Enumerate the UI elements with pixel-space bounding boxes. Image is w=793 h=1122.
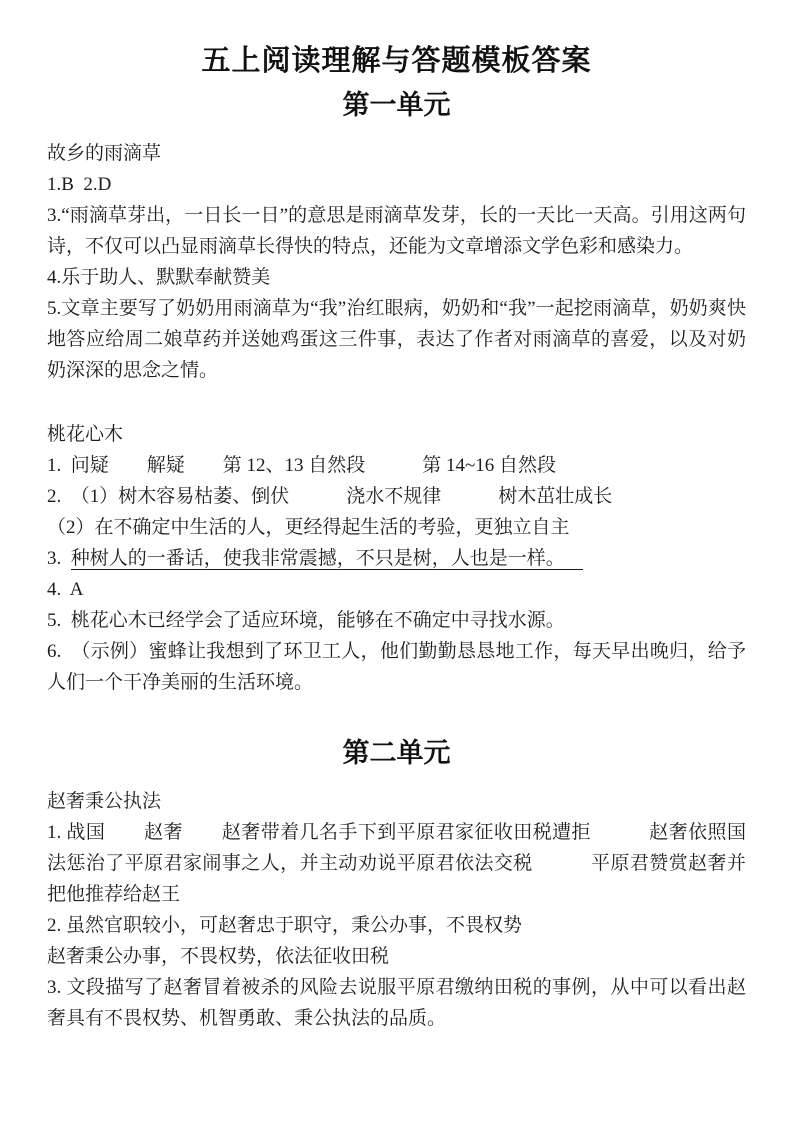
section-title-zhaoshe: 赵奢秉公执法 — [47, 786, 746, 817]
answer-line: 3. 文段描写了赵奢冒着被杀的风险去说服平原君缴纳田税的事例，从中可以看出赵奢具… — [47, 972, 746, 1034]
answer-line: 1.B 2.D — [47, 169, 746, 200]
section-title-guxiang-yudicao: 故乡的雨滴草 — [47, 138, 746, 169]
answer-line: 5. 桃花心木已经学会了适应环境，能够在不确定中寻找水源。 — [47, 605, 746, 636]
answer-line: 5.文章主要写了奶奶用雨滴草为“我”治红眼病，奶奶和“我”一起挖雨滴草，奶奶爽快… — [47, 293, 746, 386]
answer-line: 1. 战国 赵奢 赵奢带着几名手下到平原君家征收田税遭拒 赵奢依照国法惩治了平原… — [47, 817, 746, 910]
doc-title: 五上阅读理解与答题模板答案 — [47, 42, 746, 80]
answer-line: 6. （示例）蜜蜂让我想到了环卫工人，他们勤勤恳恳地工作，每天早出晚归，给予人们… — [47, 636, 746, 698]
section-title-taohuaxinmu: 桃花心木 — [47, 419, 746, 450]
answer-line: 4. A — [47, 574, 746, 605]
answer-line: 1. 问疑 解疑 第 12、13 自然段 第 14~16 自然段 — [47, 450, 746, 481]
answer-line: 赵奢秉公办事，不畏权势，依法征收田税 — [47, 941, 746, 972]
answer-line: （2）在不确定中生活的人，更经得起生活的考验，更独立自主 — [47, 512, 746, 543]
answer-line: 4.乐于助人、默默奉献赞美 — [47, 262, 746, 293]
unit-1-heading: 第一单元 — [47, 88, 746, 122]
answer-number: 3. — [47, 548, 71, 569]
answer-line: 2. （1）树木容易枯萎、倒伏 浇水不规律 树木茁壮成长 — [47, 481, 746, 512]
answer-line: 3.“雨滴草芽出，一日长一日”的意思是雨滴草发芽，长的一天比一天高。引用这两句诗… — [47, 200, 746, 262]
answer-line-underlined: 3. 种树人的一番话，使我非常震撼，不只是树，人也是一样。 — [47, 543, 746, 574]
underlined-answer-text: 种树人的一番话，使我非常震撼，不只是树，人也是一样。 — [71, 548, 583, 570]
document-page: 五上阅读理解与答题模板答案 第一单元 故乡的雨滴草 1.B 2.D 3.“雨滴草… — [0, 0, 793, 1122]
answer-line: 2. 虽然官职较小，可赵奢忠于职守，秉公办事，不畏权势 — [47, 910, 746, 941]
unit-2-heading: 第二单元 — [47, 736, 746, 770]
